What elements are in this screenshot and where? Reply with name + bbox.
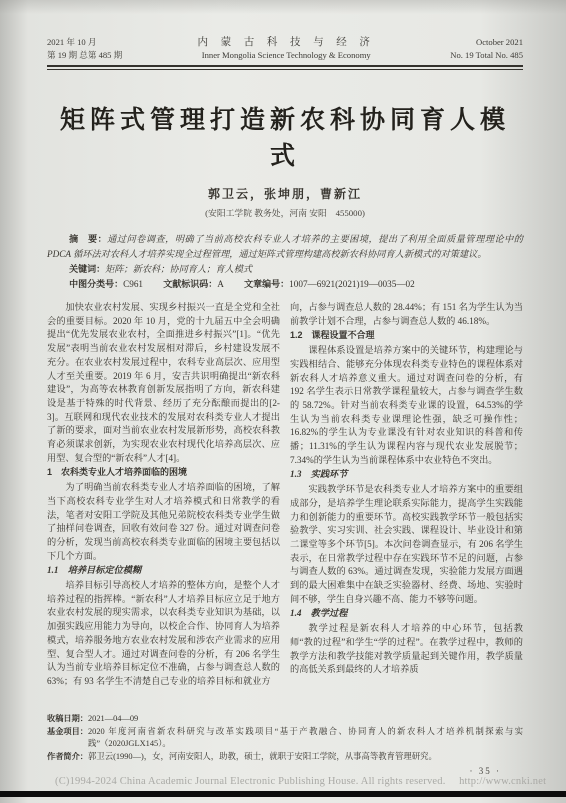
fund-project-row: 基金项目： 2020 年度河南省新农科研究与改革实践项目“基于产教融合、协同育人…: [47, 726, 523, 751]
body-paragraph: 向，占参与调查总人数的 28.44%；有 151 名为学生认为当前教学计划不合理…: [290, 301, 523, 328]
body-paragraph: 为了明确当前农科类专业人才培养面临的困境，了解当下高校农科专业学生对人才培养模式…: [47, 481, 280, 563]
journal-header: 2021 年 10 月 第 19 期 总第 485 期 内 蒙 古 科 技 与 …: [47, 36, 523, 62]
journal-name: 内 蒙 古 科 技 与 经 济 Inner Mongolia Science T…: [198, 36, 375, 62]
journal-name-en: Inner Mongolia Science Technology & Econ…: [198, 49, 375, 62]
clc-value: C961: [123, 279, 143, 289]
article-affiliation: (安阳工学院 教务处，河南 安阳 455000): [47, 206, 523, 219]
article-authors: 郭卫云，张坤朋，曹新江: [47, 185, 523, 202]
body-paragraph: 实践教学环节是农科类专业人才培养方案中的重要组成部分，是培养学生理论联系实际能力…: [290, 483, 523, 606]
fund-project-value: 2020 年度河南省新农科研究与改革实践项目“基于产教融合、协同育人的新农科人才…: [88, 726, 523, 751]
body-paragraph: 教学过程是新农科人才培养的中心环节，包括教师“教的过程”和学生“学的过程”。在教…: [290, 622, 523, 677]
right-column: 向，占参与调查总人数的 28.44%；有 151 名为学生认为当前教学计划不合理…: [290, 301, 523, 704]
cnki-copyright-line: (C)1994-2024 China Academic Journal Elec…: [55, 773, 546, 788]
body-paragraph: 培养目标引导高校人才培养的整体方向，是整个人才培养过程的指挥棒。“新农科”人才培…: [47, 579, 280, 689]
scanned-journal-page: 2021 年 10 月 第 19 期 总第 485 期 内 蒙 古 科 技 与 …: [0, 0, 566, 803]
section-heading-1-3: 1.3 实践环节: [290, 468, 523, 482]
header-divider: [47, 65, 523, 70]
page-content: 2021 年 10 月 第 19 期 总第 485 期 内 蒙 古 科 技 与 …: [47, 36, 523, 776]
author-bio-row: 作者简介： 郭卫云(1990—)，女，河南安阳人，助教，硕士，就职于安阳工学院，…: [47, 751, 523, 764]
received-date-label: 收稿日期：: [47, 713, 88, 726]
abstract-text: 通过问卷调查，明确了当前高校农科专业人才培养的主要困境，提出了利用全面质量管理理…: [47, 234, 523, 259]
article-id-label: 文章编号：: [244, 279, 289, 289]
author-bio-value: 郭卫云(1990—)，女，河南安阳人，助教，硕士，就职于安阳工学院，从事高等教育…: [88, 751, 523, 764]
doc-code-label: 文献标识码：: [163, 279, 217, 289]
bottom-black-bar: [0, 791, 566, 797]
left-column: 加快农业农村发展、实现乡村振兴一直是全党和全社会的重要目标。2020 年 10 …: [47, 301, 280, 704]
section-heading-1: 1 农科类专业人才培养面临的困境: [47, 466, 280, 480]
section-heading-1-1: 1.1 培养目标定位模糊: [47, 564, 280, 578]
header-issue-en: No. 19 Total No. 485: [450, 49, 523, 62]
section-heading-1-4: 1.4 教学过程: [290, 607, 523, 621]
received-date-row: 收稿日期： 2021—04—09: [47, 713, 523, 726]
footnote-block: 收稿日期： 2021—04—09 基金项目： 2020 年度河南省新农科研究与改…: [47, 713, 523, 763]
keywords: 关键词：矩阵；新农科；协同育人；育人模式: [47, 262, 523, 277]
body-paragraph: 加快农业农村发展、实现乡村振兴一直是全党和全社会的重要目标。2020 年 10 …: [47, 301, 280, 465]
doc-code-value: A: [217, 279, 224, 289]
header-issue-info-en: October 2021 No. 19 Total No. 485: [450, 36, 523, 62]
author-bio-label: 作者简介：: [47, 751, 88, 764]
article-id-value: 1007—6921(2021)19—0035—02: [289, 279, 415, 289]
clc-label: 中图分类号：: [69, 279, 123, 289]
classification-line: 中图分类号：C961文献标识码：A文章编号：1007—6921(2021)19—…: [47, 277, 523, 292]
article-meta-block: 摘 要：通过问卷调查，明确了当前高校农科专业人才培养的主要困境，提出了利用全面质…: [47, 232, 523, 292]
fund-project-label: 基金项目：: [47, 726, 88, 751]
keywords-text: 矩阵；新农科；协同育人；育人模式: [105, 264, 252, 274]
header-date-en: October 2021: [450, 36, 523, 49]
received-date-value: 2021—04—09: [88, 713, 523, 726]
body-paragraph: 课程体系设置是培养方案中的关键环节，构建理论与实践相结合、能够充分体现农科类专业…: [290, 344, 523, 467]
keywords-label: 关键词：: [69, 264, 105, 274]
abstract: 摘 要：通过问卷调查，明确了当前高校农科专业人才培养的主要困境，提出了利用全面质…: [47, 232, 523, 262]
section-heading-1-2: 1.2 课程设置不合理: [290, 329, 523, 343]
article-title: 矩阵式管理打造新农科协同育人模式: [47, 100, 523, 172]
abstract-label: 摘 要：: [69, 234, 107, 244]
journal-name-cn: 内 蒙 古 科 技 与 经 济: [198, 36, 375, 49]
header-issue-info: 2021 年 10 月 第 19 期 总第 485 期: [47, 36, 122, 62]
header-date-cn: 2021 年 10 月: [47, 36, 122, 49]
header-issue-cn: 第 19 期 总第 485 期: [47, 49, 122, 62]
body-columns: 加快农业农村发展、实现乡村振兴一直是全党和全社会的重要目标。2020 年 10 …: [47, 301, 523, 704]
